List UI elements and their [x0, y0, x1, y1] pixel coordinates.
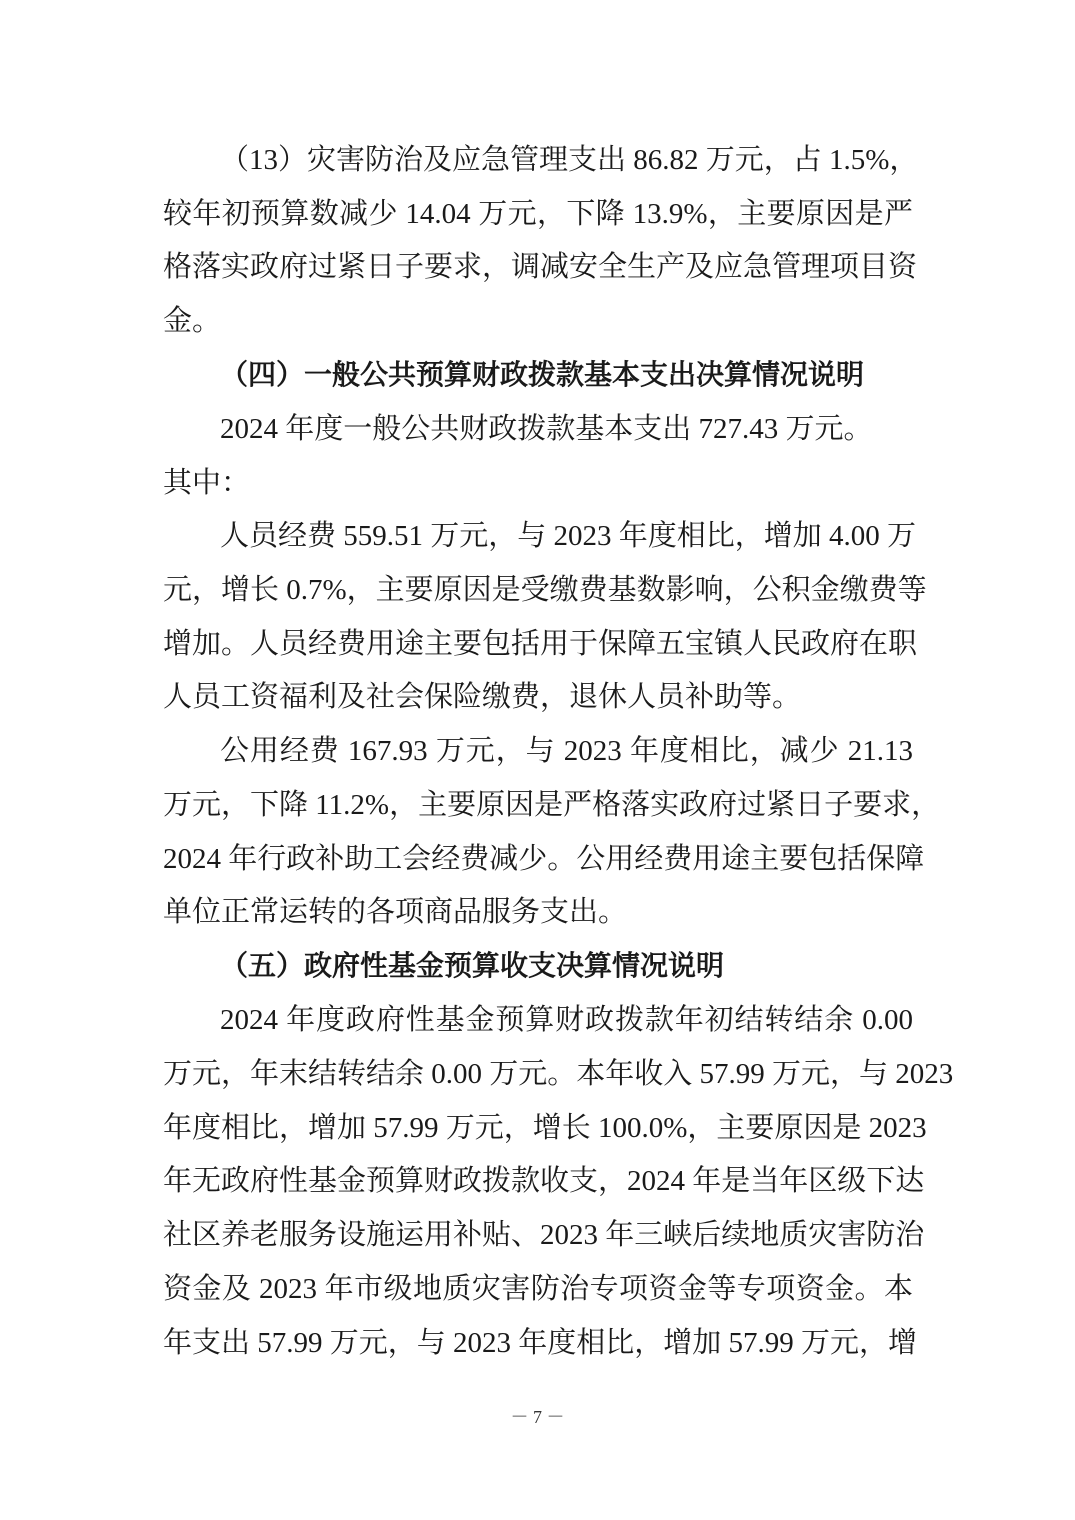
paragraph-public-expenses-line-2: 万元，下降 11.2%，主要原因是严格落实政府过紧日子要求， [163, 785, 913, 825]
paragraph-item-13-line-2: 较年初预算数减少 14.04 万元，下降 13.9%，主要原因是严 [163, 194, 913, 234]
paragraph-government-fund-line-3: 年度相比，增加 57.99 万元，增长 100.0%，主要原因是 2023 [163, 1108, 913, 1148]
paragraph-personnel-expenses-line-4: 人员工资福利及社会保险缴费，退休人员补助等。 [163, 677, 913, 717]
paragraph-public-expenses-line-4: 单位正常运转的各项商品服务支出。 [163, 892, 913, 932]
section-heading-5: （五）政府性基金预算收支决算情况说明 [220, 946, 913, 986]
paragraph-government-fund-line-5: 社区养老服务设施运用补贴、2023 年三峡后续地质灾害防治 [163, 1215, 913, 1255]
paragraph-personnel-expenses-line-2: 元，增长 0.7%，主要原因是受缴费基数影响，公积金缴费等 [163, 570, 913, 610]
paragraph-basic-expenditure-line-1: 2024 年度一般公共财政拨款基本支出 727.43 万元。 [220, 409, 913, 449]
paragraph-item-13-line-1: （13）灾害防治及应急管理支出 86.82 万元，占 1.5%， [220, 140, 913, 180]
paragraph-basic-expenditure-line-2: 其中： [163, 463, 913, 503]
paragraph-government-fund-line-7: 年支出 57.99 万元，与 2023 年度相比，增加 57.99 万元，增 [163, 1323, 913, 1363]
paragraph-personnel-expenses-line-1: 人员经费 559.51 万元，与 2023 年度相比，增加 4.00 万 [220, 516, 913, 556]
paragraph-public-expenses-line-1: 公用经费 167.93 万元，与 2023 年度相比，减少 21.13 [220, 731, 913, 771]
paragraph-government-fund-line-2: 万元，年末结转结余 0.00 万元。本年收入 57.99 万元，与 2023 [163, 1054, 913, 1094]
document-page: （13）灾害防治及应急管理支出 86.82 万元，占 1.5%， 较年初预算数减… [0, 0, 1075, 1520]
paragraph-item-13-line-3: 格落实政府过紧日子要求，调减安全生产及应急管理项目资 [163, 247, 913, 287]
paragraph-government-fund-line-4: 年无政府性基金预算财政拨款收支，2024 年是当年区级下达 [163, 1161, 913, 1201]
paragraph-personnel-expenses-line-3: 增加。人员经费用途主要包括用于保障五宝镇人民政府在职 [163, 624, 913, 664]
paragraph-government-fund-line-1: 2024 年度政府性基金预算财政拨款年初结转结余 0.00 [220, 1000, 913, 1040]
section-heading-4: （四）一般公共预算财政拨款基本支出决算情况说明 [220, 355, 913, 395]
page-number: － 7 － [0, 1402, 1075, 1432]
paragraph-government-fund-line-6: 资金及 2023 年市级地质灾害防治专项资金等专项资金。本 [163, 1269, 913, 1309]
paragraph-public-expenses-line-3: 2024 年行政补助工会经费减少。公用经费用途主要包括保障 [163, 839, 913, 879]
paragraph-item-13-line-4: 金。 [163, 301, 913, 341]
